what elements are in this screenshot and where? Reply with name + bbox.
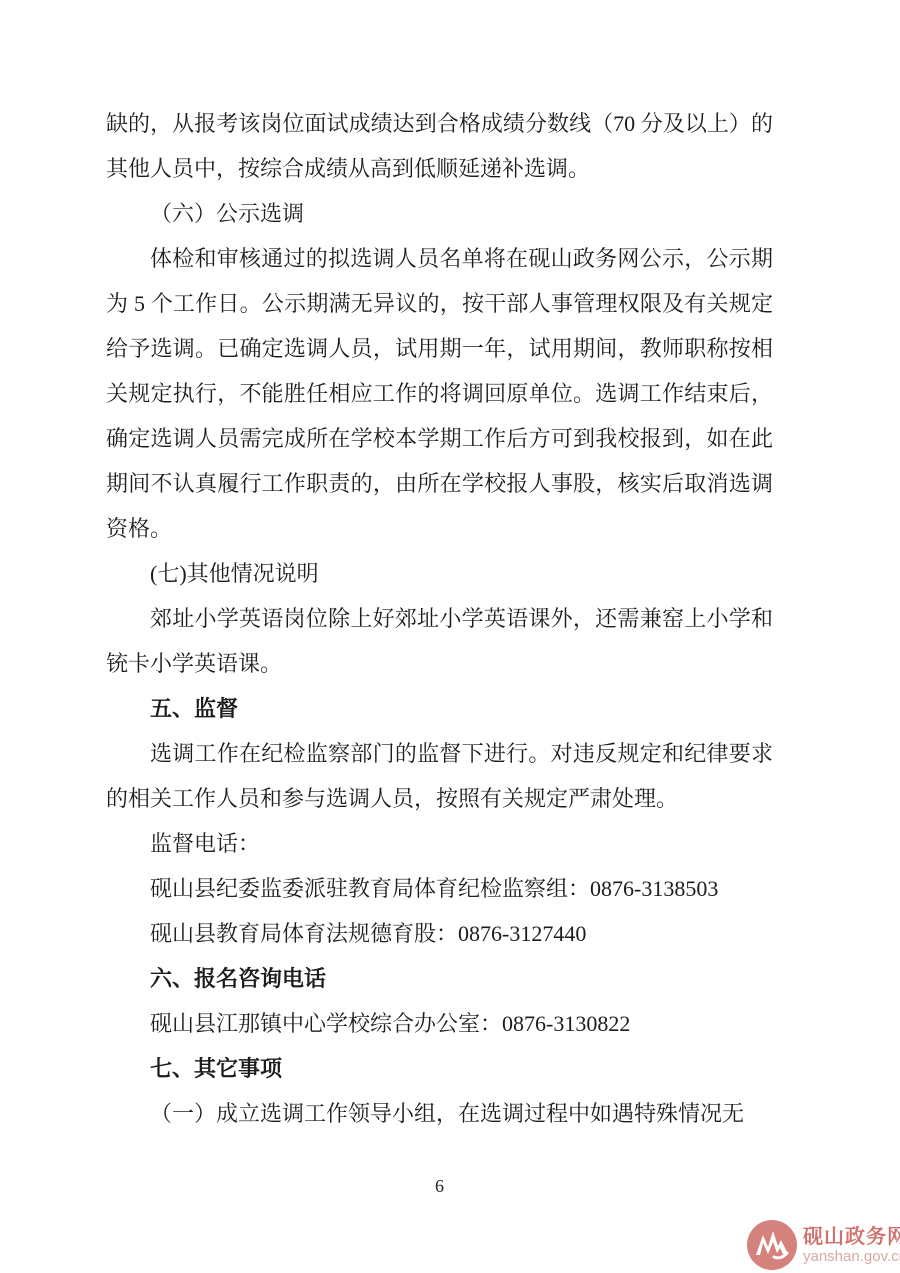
- mountain-logo-icon: [747, 1220, 797, 1270]
- document-page: 缺的，从报考该岗位面试成绩达到合格成绩分数线（70 分及以上）的其他人员中，按综…: [0, 0, 900, 1273]
- para-phone-discipline-inspection: 砚山县纪委监委派驻教育局体育纪检监察组：0876-3138503: [106, 866, 773, 911]
- subsection-title-6-public-announcement: （六）公示选调: [106, 191, 773, 236]
- subsection-title-7-other-situation: (七)其他情况说明: [106, 551, 773, 596]
- watermark-text: 砚山政务网 yanshan.gov.cn: [803, 1227, 900, 1264]
- para-supervision-phone-label: 监督电话：: [106, 821, 773, 866]
- page-number: 6: [106, 1172, 773, 1200]
- heading-section-5-supervision: 五、监督: [106, 686, 773, 731]
- para-phone-school-office: 砚山县江那镇中心学校综合办公室：0876-3130822: [106, 1001, 773, 1046]
- para-replacement-rule: 缺的，从报考该岗位面试成绩达到合格成绩分数线（70 分及以上）的其他人员中，按综…: [106, 101, 773, 191]
- para-supervision-body: 选调工作在纪检监察部门的监督下进行。对违反规定和纪律要求的相关工作人员和参与选调…: [106, 731, 773, 821]
- heading-section-6-registration-phone: 六、报名咨询电话: [106, 956, 773, 1001]
- para-other-situation: 郊址小学英语岗位除上好郊址小学英语课外，还需兼窑上小学和铳卡小学英语课。: [106, 596, 773, 686]
- heading-section-7-other-matters: 七、其它事项: [106, 1046, 773, 1091]
- site-watermark: 砚山政务网 yanshan.gov.cn: [747, 1220, 900, 1270]
- para-phone-education-bureau: 砚山县教育局体育法规德育股：0876-3127440: [106, 911, 773, 956]
- watermark-site-name: 砚山政务网: [803, 1227, 900, 1247]
- document-body: 缺的，从报考该岗位面试成绩达到合格成绩分数线（70 分及以上）的其他人员中，按综…: [106, 101, 773, 1136]
- para-announcement-details: 体检和审核通过的拟选调人员名单将在砚山政务网公示，公示期为 5 个工作日。公示期…: [106, 236, 773, 551]
- para-leading-group: （一）成立选调工作领导小组，在选调过程中如遇特殊情况无: [106, 1091, 773, 1136]
- watermark-site-domain: yanshan.gov.cn: [803, 1249, 900, 1264]
